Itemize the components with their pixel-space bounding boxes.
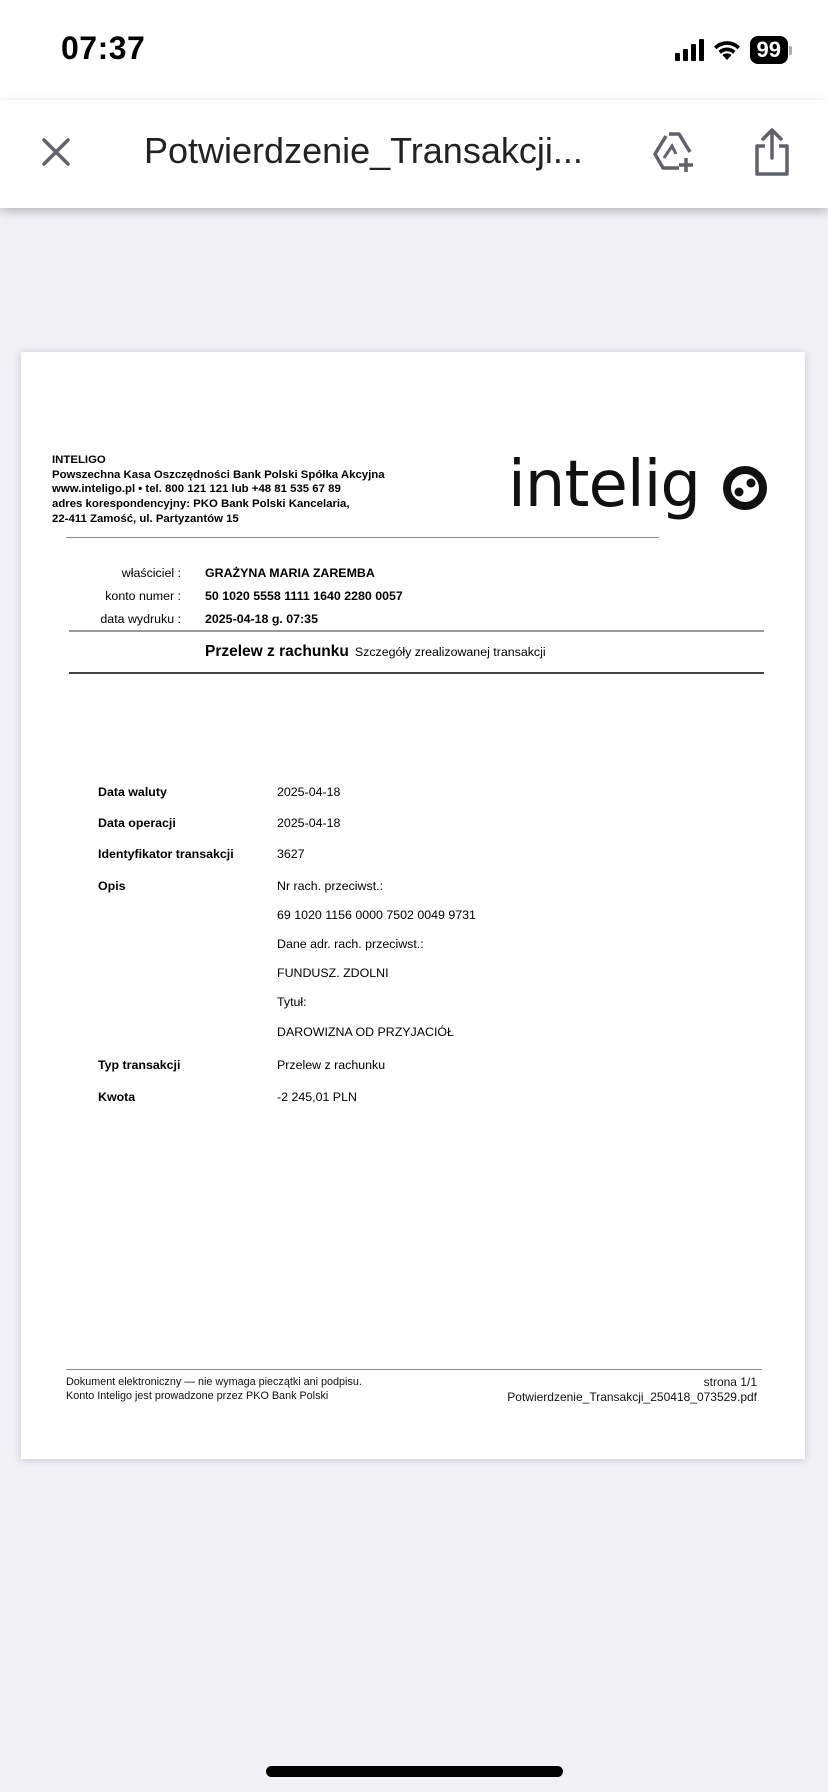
footer-note: Dokument elektroniczny — nie wymaga piec… bbox=[66, 1375, 362, 1389]
svg-text:intelig: intelig bbox=[508, 450, 700, 522]
close-icon[interactable] bbox=[38, 134, 74, 170]
meta-values: GRAŻYNA MARIA ZAREMBA 50 1020 5558 1111 … bbox=[205, 562, 403, 631]
detail-value: Dane adr. rach. przeciwst.: bbox=[277, 937, 424, 951]
detail-value: FUNDUSZ. ZDOLNI bbox=[277, 966, 389, 980]
battery-tip bbox=[789, 46, 792, 55]
file-name: Potwierdzenie_Transakcji_250418_073529.p… bbox=[507, 1390, 757, 1405]
owner-name: GRAŻYNA MARIA ZAREMBA bbox=[205, 562, 403, 585]
footer-divider bbox=[66, 1369, 762, 1370]
meta-label: konto numer : bbox=[61, 585, 181, 608]
cellular-signal-icon bbox=[675, 39, 704, 61]
section-title: Przelew z rachunku bbox=[205, 643, 349, 660]
detail-value: DAROWIZNA OD PRZYJACIÓŁ bbox=[277, 1025, 454, 1039]
bank-header: INTELIGO Powszechna Kasa Oszczędności Ba… bbox=[52, 453, 385, 527]
detail-label: Data waluty bbox=[98, 785, 167, 799]
account-number: 50 1020 5558 1111 1640 2280 0057 bbox=[205, 585, 403, 608]
battery-icon: 99 bbox=[750, 36, 788, 64]
detail-value: Przelew z rachunku bbox=[277, 1058, 385, 1072]
detail-value: 69 1020 1156 0000 7502 0049 9731 bbox=[277, 908, 476, 922]
bank-header-line: INTELIGO bbox=[52, 453, 385, 468]
detail-value: 2025-04-18 bbox=[277, 785, 340, 799]
inteligo-logo: intelig bbox=[508, 450, 778, 540]
detail-label: Kwota bbox=[98, 1090, 135, 1104]
bank-header-line: adres korespondencyjny: PKO Bank Polski … bbox=[52, 497, 385, 512]
detail-label: Data operacji bbox=[98, 816, 176, 830]
page-number: strona 1/1 bbox=[507, 1375, 757, 1390]
meta-label: data wydruku : bbox=[61, 608, 181, 631]
detail-label: Typ transakcji bbox=[98, 1058, 180, 1072]
share-icon[interactable] bbox=[752, 126, 792, 178]
section-subtitle: Szczegóły zrealizowanej transakcji bbox=[355, 645, 546, 659]
divider bbox=[69, 630, 764, 632]
bank-header-line: 22-411 Zamość, ul. Partyzantów 15 bbox=[52, 512, 385, 527]
meta-label: właściciel : bbox=[61, 562, 181, 585]
add-to-drive-icon[interactable] bbox=[650, 128, 698, 176]
print-date: 2025-04-18 g. 07:35 bbox=[205, 608, 403, 631]
home-indicator[interactable] bbox=[266, 1766, 563, 1777]
wifi-icon bbox=[712, 38, 742, 62]
detail-value: Tytuł: bbox=[277, 995, 307, 1009]
status-bar: 07:37 99 bbox=[0, 0, 828, 100]
divider bbox=[66, 537, 659, 538]
footer-note: Konto Inteligo jest prowadzone przez PKO… bbox=[66, 1389, 362, 1403]
detail-value: 2025-04-18 bbox=[277, 816, 340, 830]
bank-header-line: www.inteligo.pl • tel. 800 121 121 lub +… bbox=[52, 482, 385, 497]
status-time: 07:37 bbox=[61, 30, 145, 67]
detail-label: Identyfikator transakcji bbox=[98, 847, 234, 861]
detail-value: 3627 bbox=[277, 847, 305, 861]
detail-value: Nr rach. przeciwst.: bbox=[277, 879, 383, 893]
document-title: Potwierdzenie_Transakcji... bbox=[144, 130, 583, 172]
viewer-toolbar: Potwierdzenie_Transakcji... bbox=[0, 100, 828, 208]
detail-label: Opis bbox=[98, 879, 126, 893]
footer-left: Dokument elektroniczny — nie wymaga piec… bbox=[66, 1375, 362, 1403]
divider bbox=[69, 672, 764, 674]
pdf-page: INTELIGO Powszechna Kasa Oszczędności Ba… bbox=[21, 352, 805, 1459]
meta-labels: właściciel : konto numer : data wydruku … bbox=[61, 562, 181, 631]
status-icons: 99 bbox=[675, 36, 792, 64]
bank-header-line: Powszechna Kasa Oszczędności Bank Polski… bbox=[52, 468, 385, 483]
footer-right: strona 1/1 Potwierdzenie_Transakcji_2504… bbox=[507, 1375, 757, 1405]
section-heading: Przelew z rachunkuSzczegóły zrealizowane… bbox=[205, 643, 546, 661]
detail-value: -2 245,01 PLN bbox=[277, 1090, 357, 1104]
